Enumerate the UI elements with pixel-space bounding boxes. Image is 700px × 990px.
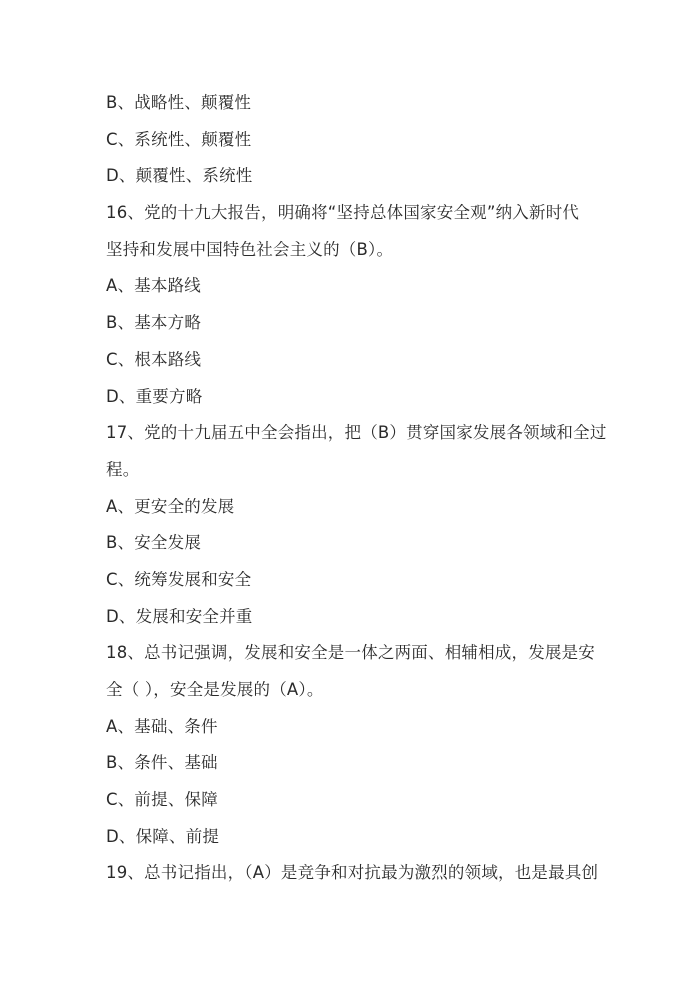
document-body: B、战略性、颠覆性 C、系统性、颠覆性 D、颠覆性、系统性 16、党的十九大报告… [106, 85, 606, 892]
option-line: A、更安全的发展 [106, 489, 606, 526]
option-line: D、重要方略 [106, 379, 606, 416]
question-line: 17、党的十九届五中全会指出，把（B）贯穿国家发展各领域和全过 [106, 415, 606, 452]
option-line: C、统筹发展和安全 [106, 562, 606, 599]
document-page: B、战略性、颠覆性 C、系统性、颠覆性 D、颠覆性、系统性 16、党的十九大报告… [0, 0, 700, 990]
question-continuation: 程。 [106, 452, 606, 489]
option-line: C、前提、保障 [106, 782, 606, 819]
option-line: B、条件、基础 [106, 745, 606, 782]
option-line: D、发展和安全并重 [106, 599, 606, 636]
option-line: B、基本方略 [106, 305, 606, 342]
question-line: 18、总书记强调，发展和安全是一体之两面、相辅相成，发展是安 [106, 635, 606, 672]
question-continuation: 坚持和发展中国特色社会主义的（B）。 [106, 232, 606, 269]
question-line: 19、总书记指出，（A）是竞争和对抗最为激烈的领域，也是最具创 [106, 855, 606, 892]
option-line: A、基本路线 [106, 268, 606, 305]
option-line: C、系统性、颠覆性 [106, 122, 606, 159]
question-line: 16、党的十九大报告，明确将“坚持总体国家安全观”纳入新时代 [106, 195, 606, 232]
option-line: C、根本路线 [106, 342, 606, 379]
option-line: B、战略性、颠覆性 [106, 85, 606, 122]
option-line: D、颠覆性、系统性 [106, 158, 606, 195]
option-line: D、保障、前提 [106, 819, 606, 856]
option-line: B、安全发展 [106, 525, 606, 562]
question-continuation: 全（ ），安全是发展的（A）。 [106, 672, 606, 709]
option-line: A、基础、条件 [106, 709, 606, 746]
